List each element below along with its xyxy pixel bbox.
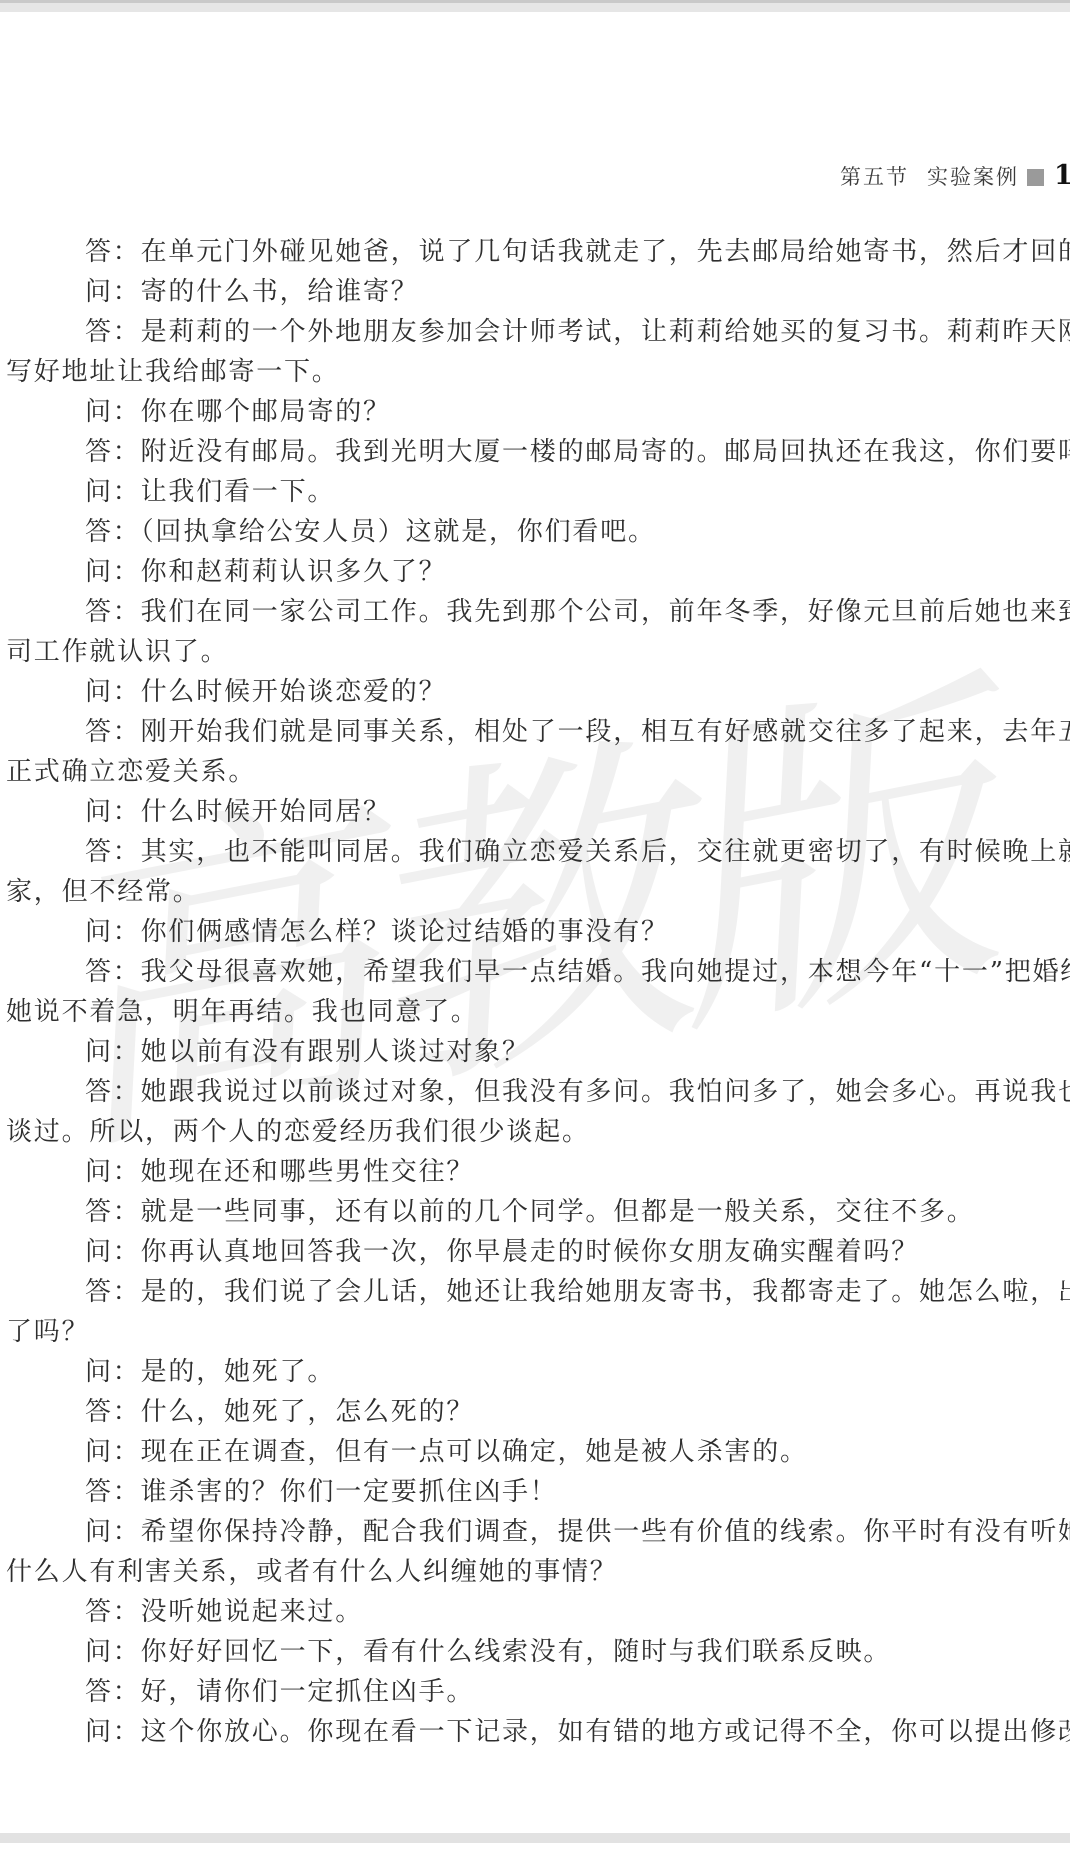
transcript-line: 答：没听她说起来过。 [0,1592,1070,1632]
transcript-line: 问：希望你保持冷静，配合我们调查，提供一些有价值的线索。你平时有没有听她说过和 [0,1512,1070,1552]
transcript-line: 答：其实，也不能叫同居。我们确立恋爱关系后，交往就更密切了，有时候晚上就住在她 [0,832,1070,872]
transcript-line: 问：是的，她死了。 [0,1352,1070,1392]
transcript-line: 答：是莉莉的一个外地朋友参加会计师考试，让莉莉给她买的复习书。莉莉昨天刚买的， [0,312,1070,352]
page-number: 16 [1054,160,1070,191]
transcript-line: 答：（回执拿给公安人员）这就是，你们看吧。 [0,512,1070,552]
transcript-line: 答：谁杀害的？你们一定要抓住凶手！ [0,1472,1070,1512]
transcript-line: 问：让我们看一下。 [0,472,1070,512]
section-title: 实验案例 [927,165,1019,189]
transcript-line: 问：你和赵莉莉认识多久了？ [0,552,1070,592]
transcript-line: 答：什么，她死了，怎么死的？ [0,1392,1070,1432]
transcript-line: 答：就是一些同事，还有以前的几个同学。但都是一般关系，交往不多。 [0,1192,1070,1232]
transcript-line: 问：你在哪个邮局寄的？ [0,392,1070,432]
transcript-line: 问：什么时候开始同居？ [0,792,1070,832]
transcript-line: 问：寄的什么书，给谁寄？ [0,272,1070,312]
transcript-line: 问：这个你放心。你现在看一下记录，如有错的地方或记得不全，你可以提出修改、 [0,1712,1070,1752]
interrogation-transcript: 答：在单元门外碰见她爸，说了几句话我就走了，先去邮局给她寄书，然后才回的我家。 … [0,232,1070,1752]
scan-artifact-bottom-strip [0,1833,1070,1843]
transcript-line: 了吗？ [0,1312,1070,1352]
transcript-line: 答：在单元门外碰见她爸，说了几句话我就走了，先去邮局给她寄书，然后才回的我家。 [0,232,1070,272]
section-number: 第五节 [840,165,909,189]
transcript-line: 司工作就认识了。 [0,632,1070,672]
scan-artifact-top-strip [0,3,1070,12]
transcript-line: 家，但不经常。 [0,872,1070,912]
transcript-line: 问：她现在还和哪些男性交往？ [0,1152,1070,1192]
transcript-line: 她说不着急，明年再结。我也同意了。 [0,992,1070,1032]
transcript-line: 问：你好好回忆一下，看有什么线索没有，随时与我们联系反映。 [0,1632,1070,1672]
transcript-line: 问：现在正在调查，但有一点可以确定，她是被人杀害的。 [0,1432,1070,1472]
transcript-line: 谈过。所以，两个人的恋爱经历我们很少谈起。 [0,1112,1070,1152]
transcript-line: 问：她以前有没有跟别人谈过对象？ [0,1032,1070,1072]
transcript-line: 答：刚开始我们就是同事关系，相处了一段，相互有好感就交往多了起来，去年五一前后 [0,712,1070,752]
transcript-line: 答：我们在同一家公司工作。我先到那个公司，前年冬季，好像元旦前后她也来到我们公 [0,592,1070,632]
running-head: 第五节实验案例16 [840,160,1070,191]
transcript-line: 正式确立恋爱关系。 [0,752,1070,792]
transcript-line: 答：是的，我们说了会儿话，她还让我给她朋友寄书，我都寄走了。她怎么啦，出什么事 [0,1272,1070,1312]
transcript-line: 答：附近没有邮局。我到光明大厦一楼的邮局寄的。邮局回执还在我这，你们要吗？ [0,432,1070,472]
transcript-line: 答：我父母很喜欢她，希望我们早一点结婚。我向她提过，本想今年“十一”把婚结了。 [0,952,1070,992]
transcript-line: 答：她跟我说过以前谈过对象，但我没有多问。我怕问多了，她会多心。再说我也和别人 [0,1072,1070,1112]
transcript-line: 问：什么时候开始谈恋爱的？ [0,672,1070,712]
section-marker-square [1027,169,1044,186]
transcript-line: 问：你再认真地回答我一次，你早晨走的时候你女朋友确实醒着吗？ [0,1232,1070,1272]
transcript-line: 写好地址让我给邮寄一下。 [0,352,1070,392]
transcript-line: 什么人有利害关系，或者有什么人纠缠她的事情？ [0,1552,1070,1592]
transcript-line: 答：好，请你们一定抓住凶手。 [0,1672,1070,1712]
transcript-line: 问：你们俩感情怎么样？谈论过结婚的事没有？ [0,912,1070,952]
